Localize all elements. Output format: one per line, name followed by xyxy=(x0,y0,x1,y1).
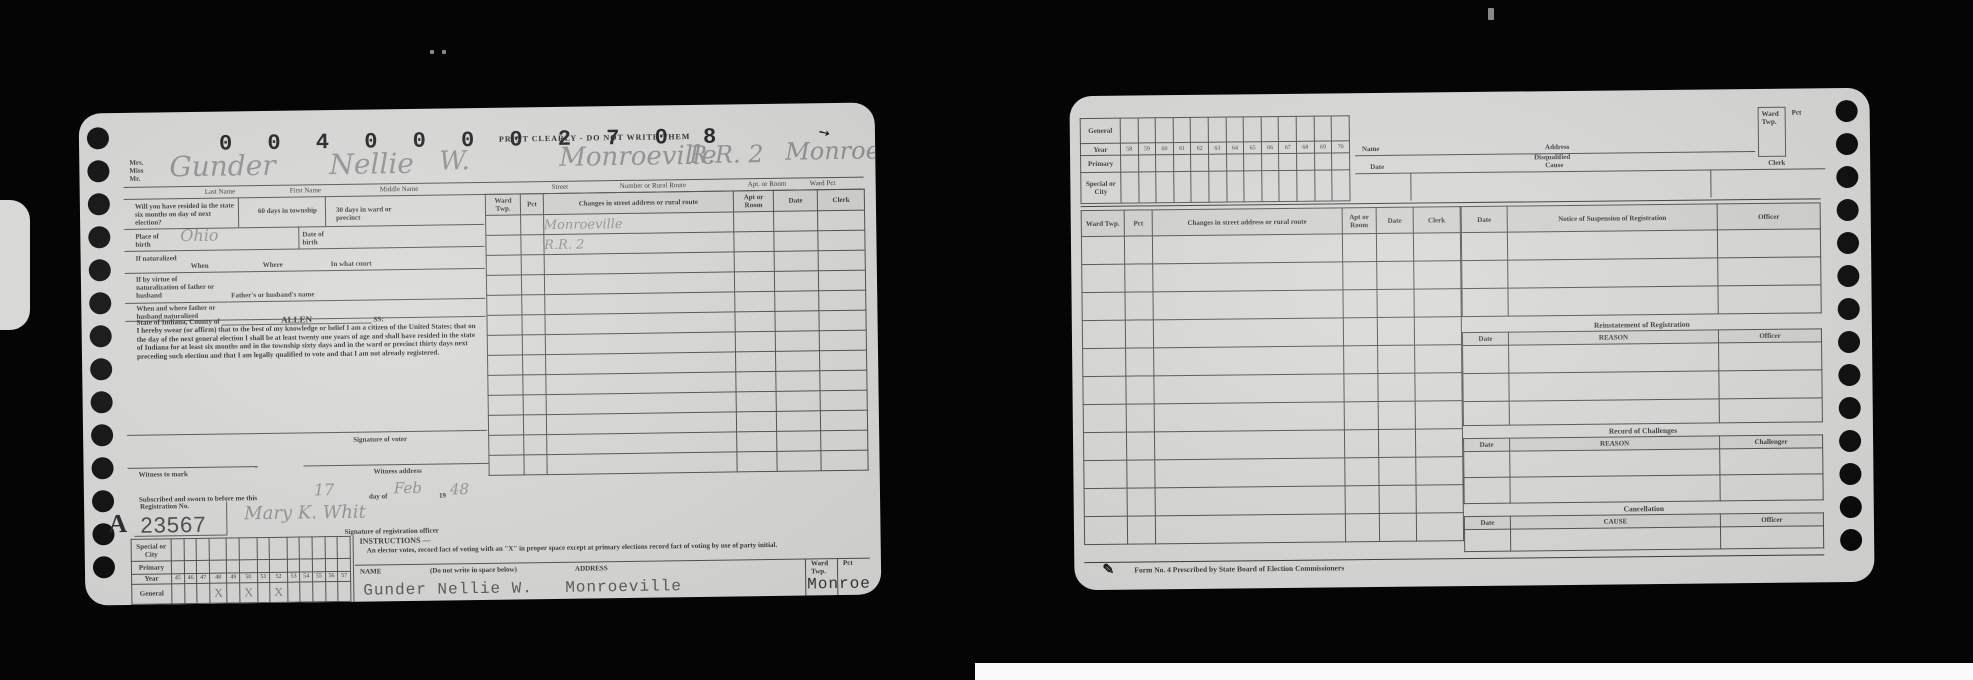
officer-signature-label: Signature of registration officer xyxy=(344,527,439,536)
fathers-name-label: Father's or husband's name xyxy=(231,290,314,299)
row-label: General xyxy=(1080,118,1120,143)
year-cell: 59 xyxy=(1138,143,1156,156)
table-row xyxy=(1463,398,1822,426)
subscribed-year-value: 48 xyxy=(450,480,469,498)
year-cell: 52 xyxy=(270,572,288,582)
year-cell: 48 xyxy=(209,573,227,583)
year-cell: 46 xyxy=(184,573,197,583)
year-cell: 47 xyxy=(197,573,210,583)
back-ward-label: Ward Twp. xyxy=(1762,110,1784,126)
punch-hole xyxy=(1840,496,1862,518)
day-of-label: day of xyxy=(369,492,388,500)
year-cell: 53 xyxy=(287,572,300,582)
back-address-label: Address xyxy=(1545,143,1569,151)
name-label: NAME xyxy=(360,567,382,575)
first-name-value: Nellie xyxy=(329,147,414,181)
table-row xyxy=(1084,485,1463,517)
year-cell: 61 xyxy=(1173,142,1191,155)
registration-card-back: General Year 58 59 60 61 62 63 64 65 66 … xyxy=(1069,88,1874,590)
punch-hole xyxy=(89,292,111,314)
table-row xyxy=(1464,526,1823,552)
ward-label: Ward Pct xyxy=(810,179,836,187)
punch-hole xyxy=(88,226,110,248)
punch-hole xyxy=(87,160,109,182)
table-row xyxy=(1463,342,1822,374)
table-row xyxy=(1462,285,1821,317)
table-row xyxy=(1084,457,1463,489)
registration-number-box: Registration No. 23567 xyxy=(134,502,227,537)
row-label: General xyxy=(132,584,172,605)
year-cell: 69 xyxy=(1314,141,1332,154)
table-row xyxy=(1083,429,1462,461)
year-cell: 45 xyxy=(172,573,185,583)
year-cell: 70 xyxy=(1332,141,1350,154)
form-footer: Form No. 4 Prescribed by State Board of … xyxy=(1134,563,1344,574)
punch-hole xyxy=(1838,331,1860,353)
punch-hole xyxy=(90,358,112,380)
place-of-birth-label: Place of birth xyxy=(135,232,175,249)
punch-hole xyxy=(1836,133,1858,155)
column-header: Ward Twp. xyxy=(485,194,521,215)
punch-hole xyxy=(90,391,112,413)
column-header: Clerk xyxy=(1413,207,1461,233)
ward-box: Ward Twp. xyxy=(1758,107,1787,157)
state-residency-label: Will you have resided in the state six m… xyxy=(135,201,235,226)
punch-hole xyxy=(1838,364,1860,386)
subscribed-day-value: 17 xyxy=(314,480,335,499)
punch-hole xyxy=(1836,166,1858,188)
challenges-table: Date REASON Challenger xyxy=(1463,434,1824,504)
year-cell: 56 xyxy=(325,571,338,581)
adjacent-card-edge xyxy=(0,200,30,330)
ward-residency-label: 30 days in ward or precinct xyxy=(336,205,411,222)
column-header: Officer xyxy=(1718,329,1821,343)
disqualified-cause-label: Cause xyxy=(1545,161,1563,169)
back-name-label: Name xyxy=(1362,145,1380,153)
disqualified-label: Disqualified xyxy=(1534,153,1570,161)
address-changes-table-back: Ward Twp. Pct Changes in street address … xyxy=(1081,206,1464,545)
punch-hole xyxy=(93,556,115,578)
address-label: ADDRESS xyxy=(575,564,608,572)
column-header: Officer xyxy=(1717,203,1820,230)
ward-twp-label: Ward Twp. xyxy=(811,559,831,575)
scan-border-strip xyxy=(975,663,1973,680)
witness-address-label: Witness address xyxy=(374,467,422,476)
middle-name-value: W. xyxy=(439,146,470,176)
punch-hole xyxy=(1836,100,1858,122)
oath-statement: State of Indiana, County of ALLEN SS: I … xyxy=(136,313,482,361)
subscribed-month-value: Feb xyxy=(394,479,422,497)
punch-hole xyxy=(1838,298,1860,320)
column-header: Apt or Room xyxy=(733,190,773,212)
date-of-birth-label: Date of birth xyxy=(302,230,332,246)
column-header: Date xyxy=(1464,438,1510,451)
oath-text: I hereby swear (or affirm) that to the b… xyxy=(137,322,476,360)
year-cell: 64 xyxy=(1226,142,1244,155)
disqualified-clerk-label: Clerk xyxy=(1768,159,1785,167)
typed-address: Monroeville xyxy=(565,577,682,597)
year-cell: 51 xyxy=(257,572,270,582)
officer-signature-value: Mary K. Whit xyxy=(244,502,366,525)
apt-label: Apt. or Room xyxy=(748,180,787,189)
suspension-table: Date Notice of Suspension of Registratio… xyxy=(1461,202,1822,317)
scan-artifact xyxy=(442,50,446,54)
table-row xyxy=(489,450,868,475)
column-header: Pct xyxy=(1124,210,1152,236)
punch-hole xyxy=(1839,463,1861,485)
scan-artifact xyxy=(430,50,434,54)
salutation-miss: Miss xyxy=(129,167,143,175)
punch-hole xyxy=(89,259,111,281)
salutation-mr: Mr. xyxy=(129,175,140,183)
table-row xyxy=(1083,401,1462,433)
punch-hole xyxy=(91,457,113,479)
last-name-label: Last Name xyxy=(205,187,236,195)
typed-name: Gunder Nellie W. xyxy=(363,579,533,599)
table-row xyxy=(1464,448,1823,478)
typed-ward: Monroe xyxy=(807,575,871,594)
series-letter: A xyxy=(108,509,127,539)
column-header: Challenger xyxy=(1720,435,1823,449)
column-header: Changes in street address or rural route xyxy=(543,191,734,215)
street-label: Street xyxy=(552,183,568,191)
last-name-value: Gunder xyxy=(169,149,276,183)
reinstatement-table: Date REASON Officer xyxy=(1462,328,1823,426)
naturalized-where-label: Where xyxy=(263,261,283,269)
table-row xyxy=(1083,345,1462,377)
virtue-of-naturalization-label: If by virtue of naturalization of father… xyxy=(136,275,221,300)
instructions-title: INSTRUCTIONS — xyxy=(360,537,431,546)
voting-record-grid: Special or City Primary Year 45 46 47 48… xyxy=(131,536,352,605)
year-cell: 58 xyxy=(1120,143,1138,156)
salutation-mrs: Mrs. xyxy=(129,159,143,167)
year-cell: 62 xyxy=(1191,142,1209,155)
ss-label: SS: xyxy=(373,315,384,323)
punch-hole xyxy=(1837,265,1859,287)
pct-label: Pct xyxy=(843,559,853,567)
number-label: Number or Rural Route xyxy=(620,181,686,190)
column-header: Pct xyxy=(521,194,543,215)
voting-record-grid-back: General Year 58 59 60 61 62 63 64 65 66 … xyxy=(1080,115,1351,204)
row-label: Special or City xyxy=(1081,172,1121,204)
column-header: Officer xyxy=(1720,513,1823,527)
ward-value: Monroe xyxy=(785,136,880,165)
township-residency-label: 60 days in township xyxy=(258,206,318,215)
column-header: Changes in street address or rural route xyxy=(1152,208,1342,236)
year-cell: 49 xyxy=(227,572,240,582)
table-row xyxy=(1084,513,1463,545)
column-header: Date xyxy=(1461,206,1507,232)
punch-hole xyxy=(1840,529,1862,551)
year-cell: 50 xyxy=(240,572,258,582)
place-of-birth-value: Ohio xyxy=(180,226,218,246)
punch-hole xyxy=(1837,199,1859,221)
year-cell: 63 xyxy=(1208,142,1226,155)
year-cell: 68 xyxy=(1297,141,1315,154)
punch-hole xyxy=(90,325,112,347)
row-label: Year xyxy=(132,573,172,584)
row-label: Special or City xyxy=(131,539,171,562)
column-header: Date xyxy=(773,190,818,212)
first-name-label: First Name xyxy=(290,186,321,194)
row-label: Primary xyxy=(131,561,171,574)
registration-number-label: Registration No. xyxy=(140,502,189,511)
voter-signature-label: Signature of voter xyxy=(353,435,407,444)
year-cell: 54 xyxy=(300,571,313,581)
middle-name-label: Middle Name xyxy=(380,185,419,194)
registration-number: 23567 xyxy=(140,512,207,539)
punch-hole xyxy=(1839,397,1861,419)
back-pct-label: Pct xyxy=(1792,109,1802,117)
disqualified-date-label: Date xyxy=(1370,163,1384,171)
naturalized-label: If naturalized xyxy=(136,254,196,263)
table-row xyxy=(1463,370,1822,402)
row-label: Primary xyxy=(1081,155,1121,172)
table-row xyxy=(1461,229,1820,261)
table-row xyxy=(1082,289,1461,321)
year-cell: 57 xyxy=(338,571,351,581)
year-cell: 60 xyxy=(1156,142,1174,155)
scan-artifact xyxy=(1488,8,1494,20)
table-row xyxy=(1082,261,1461,293)
punch-hole xyxy=(1839,430,1861,452)
punch-hole xyxy=(1837,232,1859,254)
column-header: Date xyxy=(1462,332,1508,345)
column-header: Apt or Room xyxy=(1342,207,1377,233)
column-header: Clerk xyxy=(818,189,865,211)
table-row xyxy=(1464,474,1823,504)
punch-hole xyxy=(87,127,109,149)
stamp-mark-icon: ✎ xyxy=(1102,562,1114,579)
year-cell: 65 xyxy=(1244,142,1262,155)
year-cell: 55 xyxy=(312,571,325,581)
year-prefix-label: 19 xyxy=(439,491,446,499)
number-value: R.R. 2 xyxy=(689,140,764,169)
column-header: Date xyxy=(1376,207,1413,233)
column-header: Date xyxy=(1464,516,1510,529)
address-changes-table: Ward Twp. Pct Changes in street address … xyxy=(485,189,869,476)
column-header: Ward Twp. xyxy=(1081,210,1124,236)
table-row xyxy=(1462,257,1821,289)
column-header: Notice of Suspension of Registration xyxy=(1507,204,1717,232)
punch-hole xyxy=(91,424,113,446)
cancellation-table: Date CAUSE Officer xyxy=(1464,512,1824,552)
year-cell: 67 xyxy=(1279,141,1297,154)
do-not-write-label: (Do not write in space below) xyxy=(430,566,517,575)
row-label: Year xyxy=(1080,143,1120,156)
table-row xyxy=(1083,373,1462,405)
naturalized-when-label: When xyxy=(191,262,209,270)
registration-card-front: 0 0 4 0 0 0 0 2 7 0 8 PRINT CLEARLY - DO… xyxy=(79,102,882,605)
table-row xyxy=(1082,317,1461,349)
table-row xyxy=(1081,233,1460,265)
witness-mark-label: Witness to mark xyxy=(139,470,188,479)
punch-hole xyxy=(88,193,110,215)
naturalized-court-label: In what court xyxy=(331,260,372,269)
year-cell: 66 xyxy=(1261,141,1279,154)
